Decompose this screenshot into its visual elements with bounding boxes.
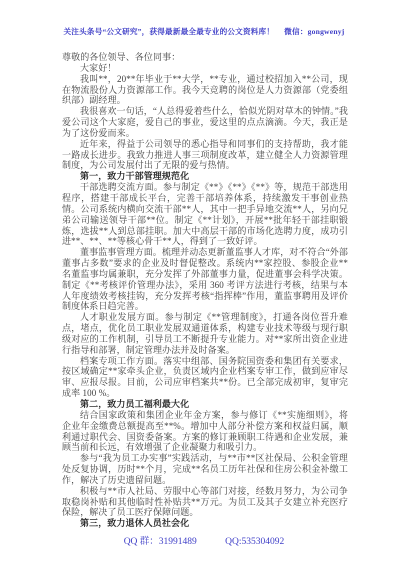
- paragraph-director-mgmt: 董事监事管理方面。梳理并动态更新董监事人才库，对不符合“外部董事占多数”要求的企…: [62, 247, 348, 312]
- salutation-line: 尊敬的各位领导、各位同事：: [62, 52, 348, 63]
- header-notice: 关注头条号“公文研究”，获得最新最全最专业的公文资料库！ 微信：gongweny…: [0, 26, 408, 37]
- quote-paragraph: 我很喜欢一句话，“人总得爱着些什么，恰似光阴对草木的钟情。”我爱公司这个大家庭，…: [62, 106, 348, 139]
- paragraph-subsidy-insurance: 积极与**市人社局、劳服中心等部门对接，经数月努力，为公司争取稳岗补贴和其他临时…: [62, 486, 348, 519]
- footer-qq-number: QQ:535304092: [225, 537, 284, 547]
- paragraph-annuity-plan: 结合国家政策和集团企业年金方案，参与修订《**实施细则》，将企业年金缴费总额提高…: [62, 410, 348, 453]
- document-body: 尊敬的各位领导、各位同事： 大家好！ 我叫**，20**年毕业于**大学，**专…: [62, 52, 348, 529]
- paragraph-career-development: 人才职业发展方面。参与制定《**管理制度》，打通各岗位晋升难点，堵点，优化员工职…: [62, 312, 348, 355]
- section-heading-1: 第一，致力干部管理规范化: [62, 171, 348, 182]
- greeting-line: 大家好！: [62, 63, 348, 74]
- paragraph-archive-work: 档案专项工作方面。落实中组部、国务院国资委和集团有关要求，按区域确定**家牵头企…: [62, 356, 348, 399]
- document-page: 关注头条号“公文研究”，获得最新最全最专业的公文资料库！ 微信：gongweny…: [0, 0, 408, 580]
- footer-contact: QQ 群：31991489 QQ:535304092: [0, 533, 408, 547]
- paragraph-cadre-selection: 干部选聘交流方面。参与制定《**》《**》《**》等，规范干部选用程序，搭建干部…: [62, 182, 348, 247]
- header-notice-text: 关注头条号“公文研究”，获得最新最全最专业的公文资料库！: [64, 27, 275, 36]
- intro-paragraph: 我叫**，20**年毕业于**大学，**专业，通过校招加入**公司，现在物流股份…: [62, 74, 348, 107]
- footer-qq-group: QQ 群：31991489: [124, 537, 197, 547]
- section-heading-2: 第二，致力员工福利最大化: [62, 399, 348, 410]
- background-paragraph: 近年来，得益于公司领导的悉心指导和同事们的支持帮助，我才能一路成长进步。我致力推…: [62, 139, 348, 172]
- paragraph-social-security: 参与“我为员工办实事”实践活动，与**市**区社保局、公积金管理处反复协调，历时…: [62, 453, 348, 486]
- section-heading-3: 第三，致力退休人员社会化: [62, 518, 348, 529]
- header-wechat-contact: 微信：gongwenyj: [284, 27, 344, 36]
